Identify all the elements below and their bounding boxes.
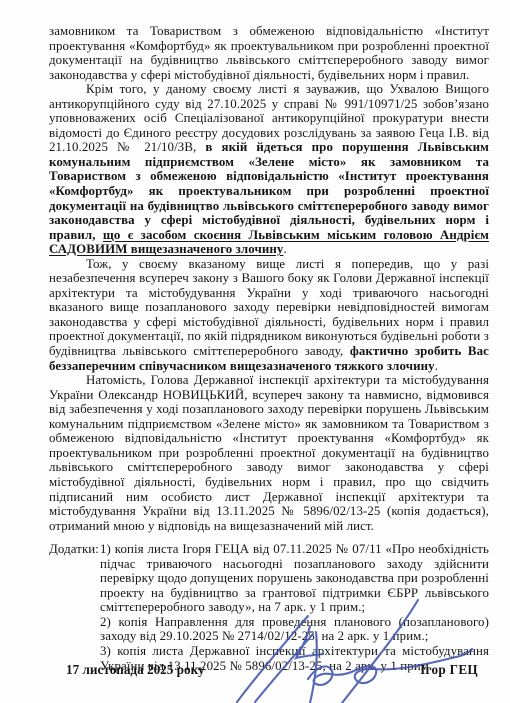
body-paragraph: Натомість, Голова Державної інспекції ар… <box>49 373 489 533</box>
page-footer: 17 листопада 2025 року Ігор ГЕЦ <box>49 662 488 678</box>
attachment-item: 2) копія Направлення для проведення план… <box>100 615 489 644</box>
text-run: . <box>283 242 286 256</box>
text-run-bold-underline: що є засобом скоєння Львівським міським … <box>49 228 489 257</box>
attachments-section: Додатки: 1) копія листа Ігоря ГЕЦА від 0… <box>49 542 489 673</box>
attachment-item: 1) копія листа Ігоря ГЕЦА від 07.11.2025… <box>100 542 489 615</box>
text-run: Тож, у своєму вказаному вище листі я поп… <box>49 257 489 358</box>
letter-body: замовником та Товариством з обмеженою ві… <box>49 24 489 673</box>
text-run: замовником та Товариством з обмеженою ві… <box>49 24 489 82</box>
text-run: Натомість, Голова Державної інспекції ар… <box>49 373 489 532</box>
signer-name: Ігор ГЕЦ <box>420 662 478 678</box>
body-paragraph: замовником та Товариством з обмеженою ві… <box>49 24 489 82</box>
text-run-bold: в якій йдеться про порушення Львівським … <box>49 140 489 241</box>
signature-date: 17 листопада 2025 року <box>66 662 205 678</box>
text-run: . <box>435 359 438 373</box>
body-paragraph: Крім того, у даному своєму листі я заува… <box>49 82 489 257</box>
body-paragraph: Тож, у своєму вказаному вище листі я поп… <box>49 257 489 373</box>
document-page: замовником та Товариством з обмеженою ві… <box>0 0 510 703</box>
attachments-label: Додатки: <box>49 542 99 557</box>
